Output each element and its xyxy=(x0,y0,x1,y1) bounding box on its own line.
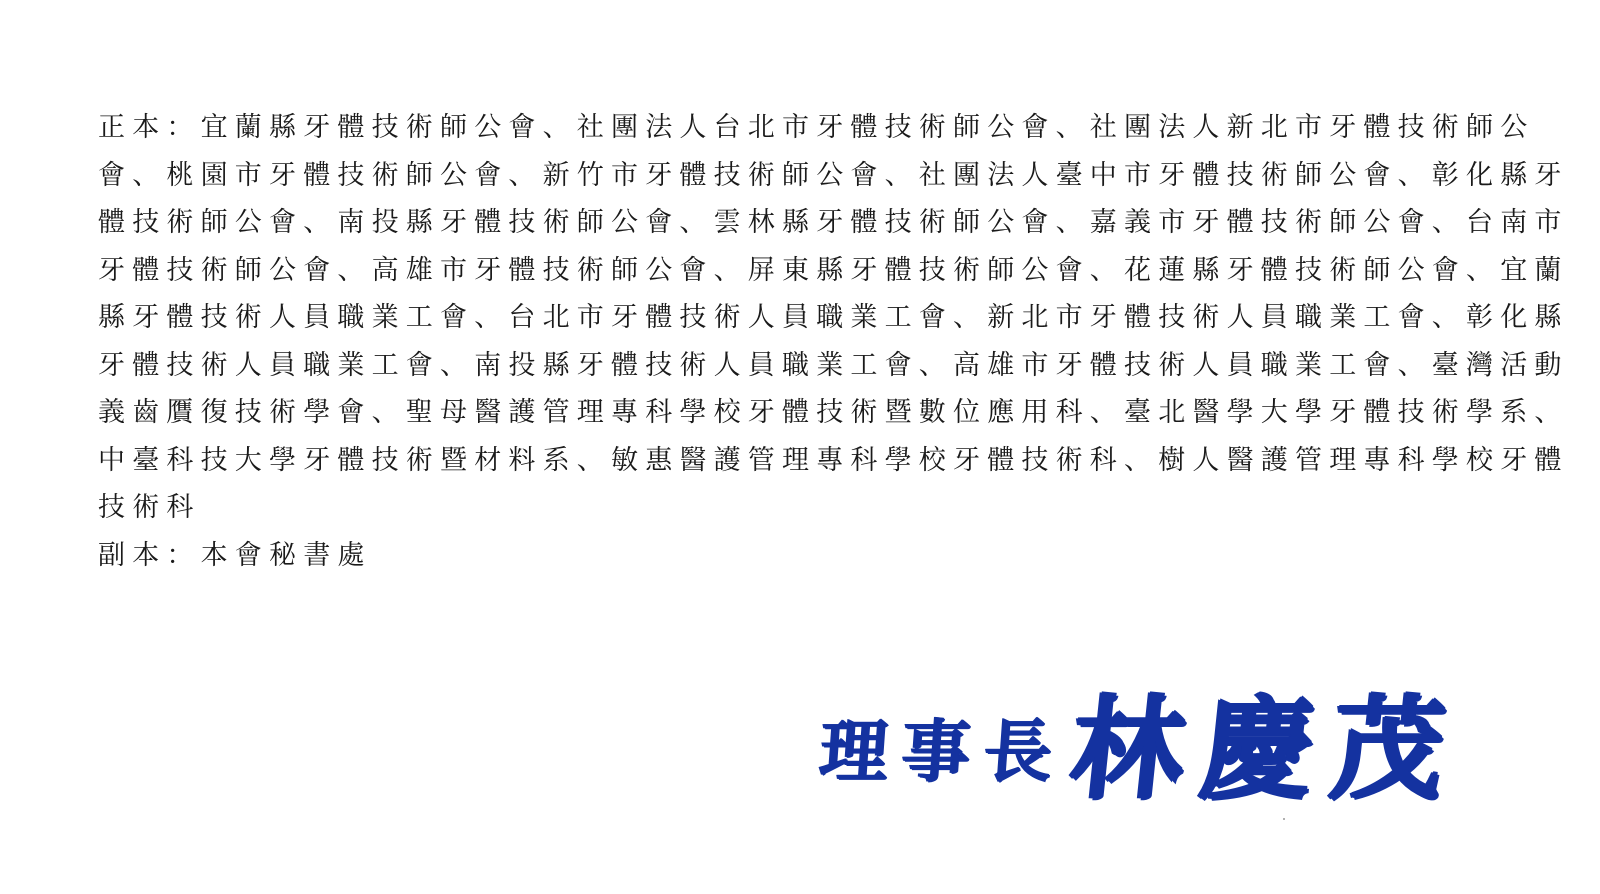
recipients-line: 體技術師公會、南投縣牙體技術師公會、雲林縣牙體技術師公會、嘉義市牙體技術師公會、… xyxy=(98,199,1468,247)
recipients-line: 縣牙體技術人員職業工會、台北市牙體技術人員職業工會、新北市牙體技術人員職業工會、… xyxy=(98,294,1468,342)
signature-stamp: 理事長 林慶茂 xyxy=(820,680,1462,820)
recipients-line: 牙體技術人員職業工會、南投縣牙體技術人員職業工會、高雄市牙體技術人員職業工會、臺… xyxy=(98,342,1468,390)
recipients-line: 牙體技術師公會、高雄市牙體技術師公會、屏東縣牙體技術師公會、花蓮縣牙體技術師公會… xyxy=(98,247,1468,295)
recipients-line: 會、桃園市牙體技術師公會、新竹市牙體技術師公會、社團法人臺中市牙體技術師公會、彰… xyxy=(98,152,1468,200)
recipients-line: 正本：宜蘭縣牙體技術師公會、社團法人台北市牙體技術師公會、社團法人新北市牙體技術… xyxy=(98,104,1468,152)
recipients-block: 正本：宜蘭縣牙體技術師公會、社團法人台北市牙體技術師公會、社團法人新北市牙體技術… xyxy=(98,104,1468,579)
recipients-line: 技術科 xyxy=(98,484,1468,532)
recipients-line: 義齒贋復技術學會、聖母醫護管理專科學校牙體技術暨數位應用科、臺北醫學大學牙體技術… xyxy=(98,389,1468,437)
recipients-line: 中臺科技大學牙體技術暨材料系、敏惠醫護管理專科學校牙體技術科、樹人醫護管理專科學… xyxy=(98,437,1468,485)
signature-name: 林慶茂 xyxy=(1066,694,1468,806)
scan-speck xyxy=(1283,818,1285,820)
copy-to-line: 副本：本會秘書處 xyxy=(98,532,1468,580)
signature-title: 理事長 xyxy=(818,718,1069,786)
